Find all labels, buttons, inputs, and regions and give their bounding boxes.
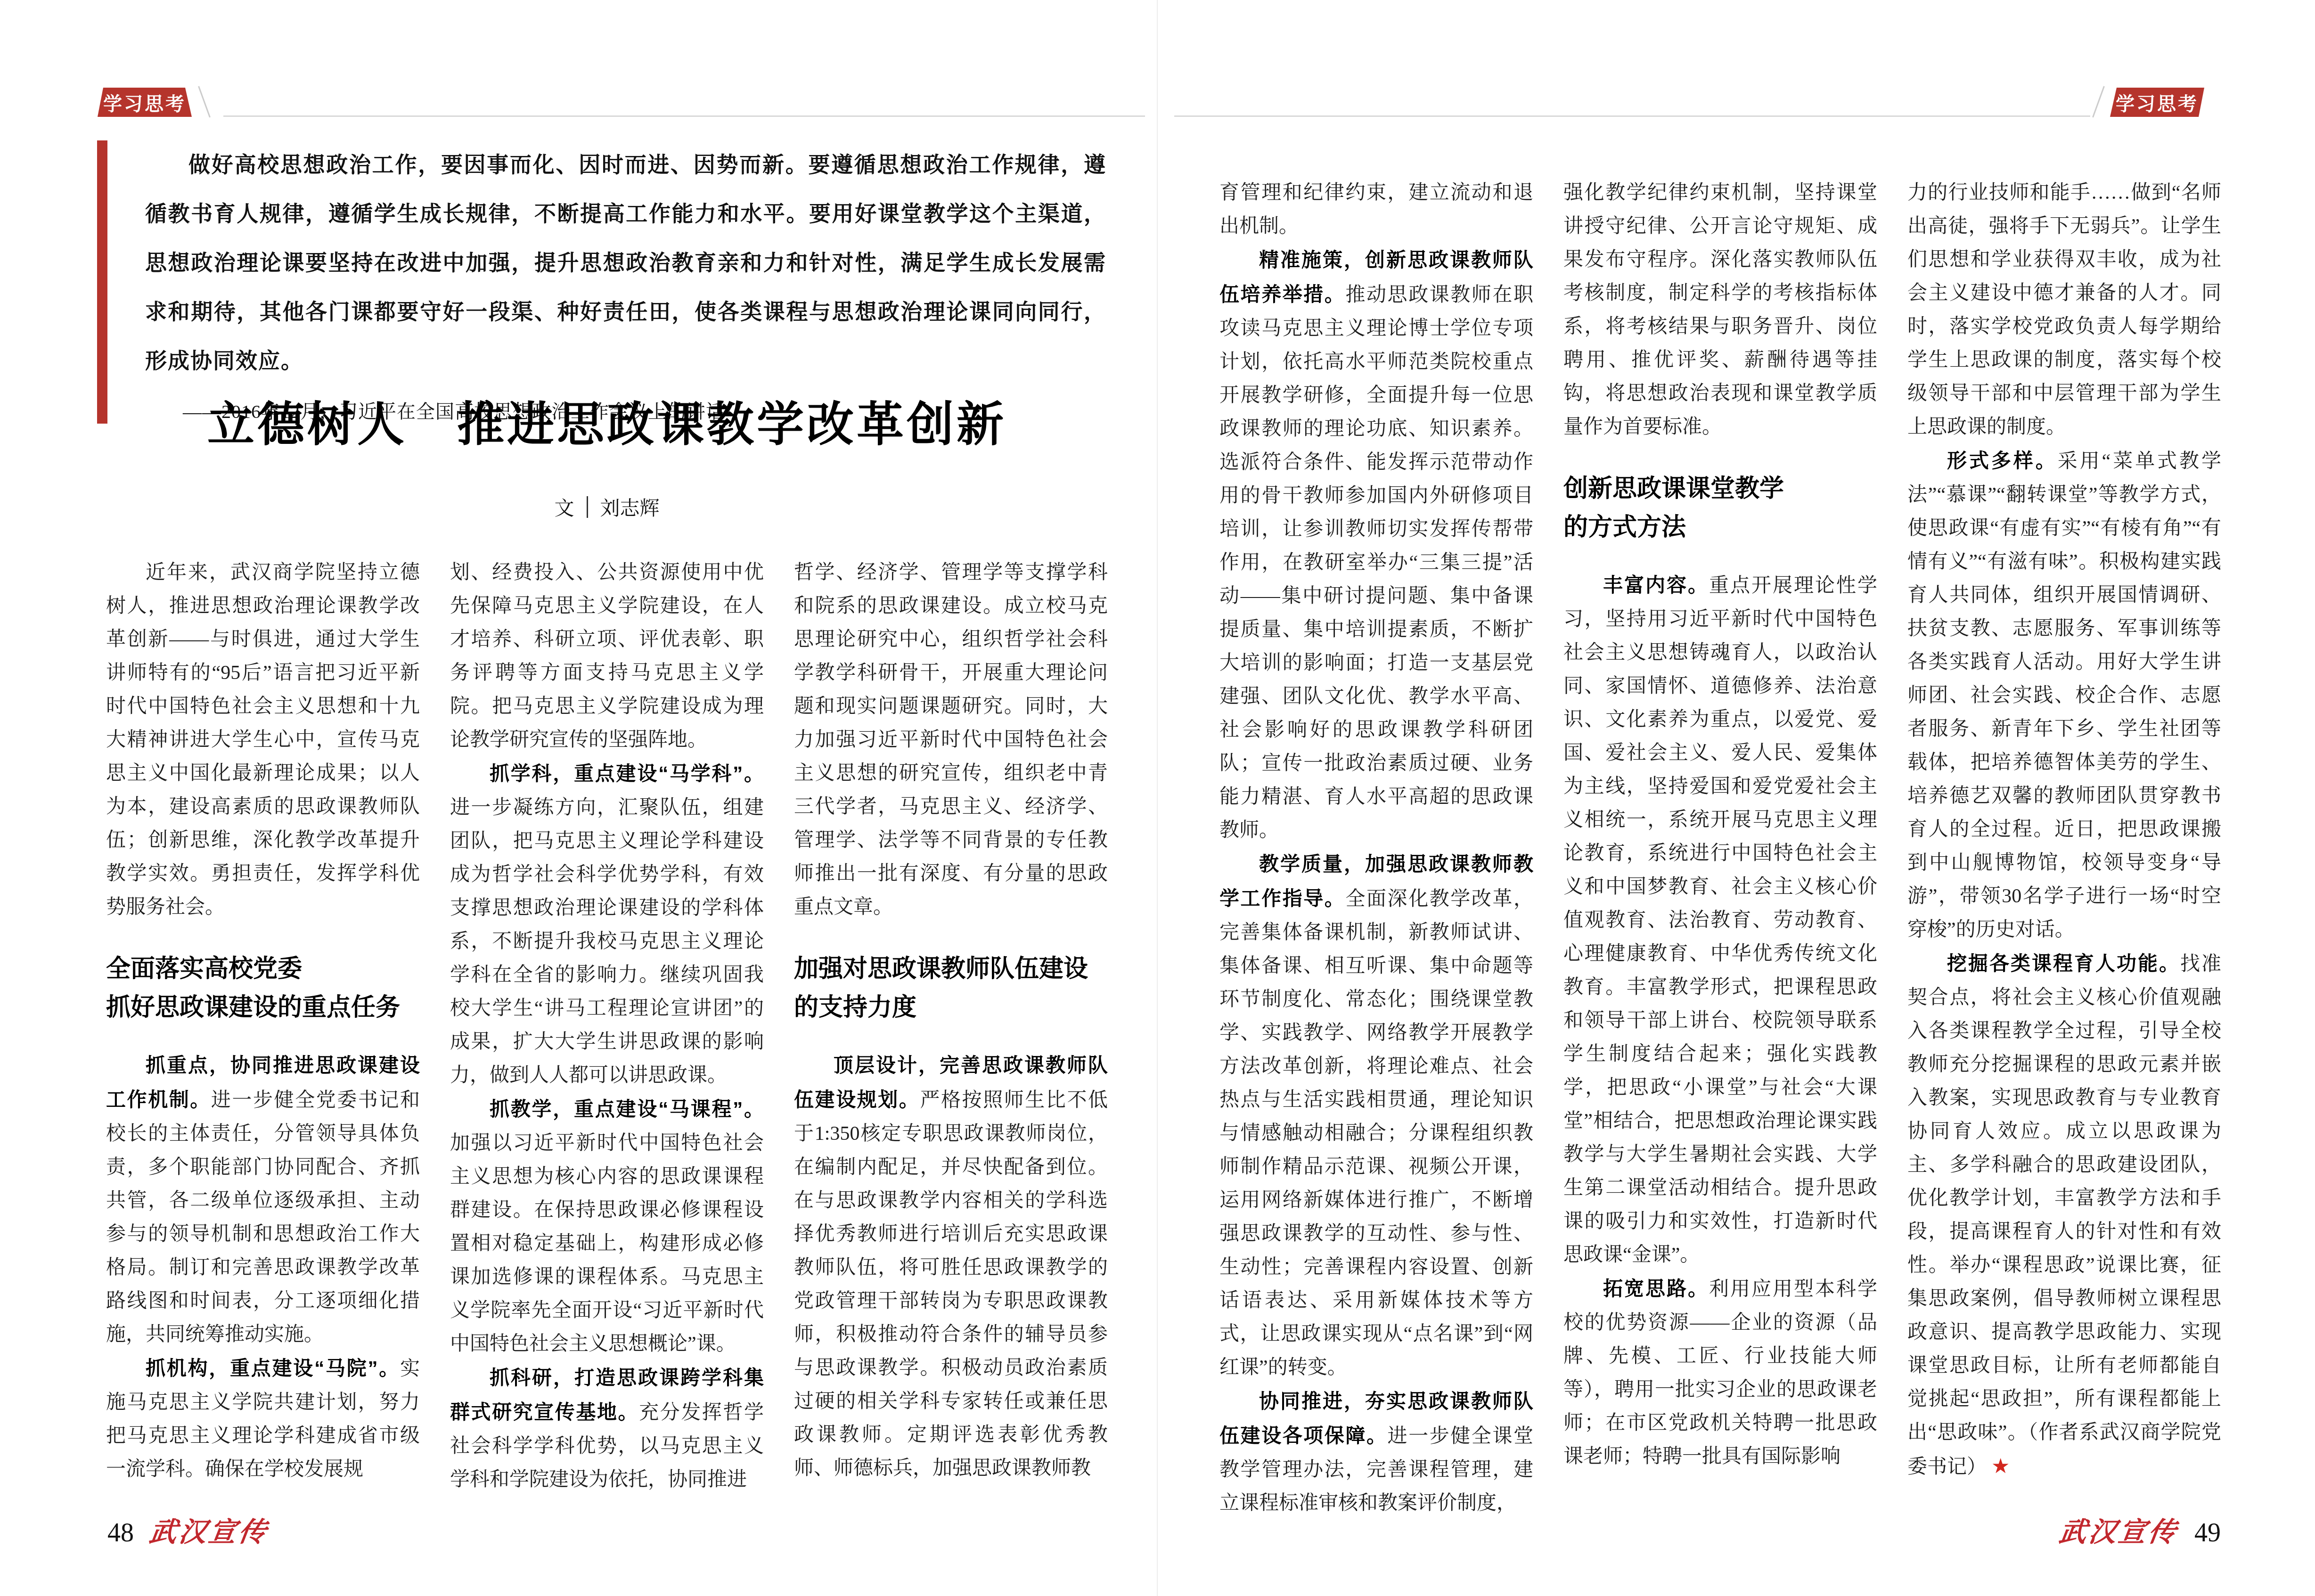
magazine-logo: 武汉宣传 (147, 1510, 271, 1549)
quote-text: 做好高校思想政治工作，要因事而化、因时而进、因势而新。要遵循思想政治工作规律，遵… (145, 140, 1106, 385)
section-heading-line: 全面落实高校党委 (106, 949, 420, 988)
paragraph-lead: 精准施策，创新思政课教师队伍培养举措。 (1219, 249, 1533, 305)
paragraph: 精准施策，创新思政课教师队伍培养举措。推动思政课教师在职攻读马克思主义理论博士学… (1219, 243, 1533, 847)
section-heading-line: 的方式方法 (1563, 508, 1877, 547)
author-note: （作者系武汉商学院党委书记） (1907, 1422, 2221, 1478)
paragraph: 抓科研，打造思政课跨学科集群式研究宣传基地。充分发挥哲学社会科学学科优势，以马克… (450, 1361, 764, 1497)
paragraph: 育管理和纪律约束，建立流动和退出机制。 (1219, 176, 1533, 243)
paragraph: 抓学科，重点建设“马学科”。进一步凝练方向，汇聚队伍，组建团队，把马克思主义理论… (450, 757, 764, 1092)
paragraph-lead: 顶层设计，完善思政课教师队伍建设规划。 (794, 1054, 1108, 1111)
section-badge-label: 学习思考 (103, 89, 186, 116)
text-column-left-3: 哲学、经济学、管理学等支撑学科和院系的思政课建设。成立校马克思理论研究中心，组织… (794, 556, 1108, 1513)
section-badge-label: 学习思考 (2116, 89, 2199, 116)
paragraph: 哲学、经济学、管理学等支撑学科和院系的思政课建设。成立校马克思理论研究中心，组织… (794, 556, 1108, 924)
magazine-logo: 武汉宣传 (2057, 1510, 2181, 1549)
paragraph: 力的行业技师和能手……做到“名师出高徒，强将手下无弱兵”。让学生们思想和学业获得… (1907, 176, 2221, 444)
text-column-right-2: 强化教学纪律约束机制，坚持课堂讲授守纪律、公开言论守规矩、成果发布守程序。深化落… (1563, 176, 1877, 1518)
paragraph-lead: 形式多样。 (1947, 450, 2058, 472)
text-column-left-1: 近年来，武汉商学院坚持立德树人，推进思想政治理论课教学改革创新——与时俱进，通过… (106, 556, 420, 1513)
paragraph: 抓教学，重点建设“马课程”。加强以习近平新时代中国特色社会主义思想为核心内容的思… (450, 1092, 764, 1361)
section-badge-left: 学习思考 (98, 88, 192, 117)
header-diagonal-right (2092, 86, 2105, 118)
paragraph: 拓宽思路。利用应用型本科学校的优势资源——企业的资源（品牌、先模、工匠、行业技能… (1563, 1272, 1877, 1473)
paragraph: 划、经费投入、公共资源使用中优先保障马克思主义学院建设，在人才培养、科研立项、评… (450, 556, 764, 757)
paragraph: 近年来，武汉商学院坚持立德树人，推进思想政治理论课教学改革创新——与时俱进，通过… (106, 556, 420, 924)
header-rule-left (223, 115, 1145, 117)
paragraph: 挖掘各类课程育人功能。找准契合点，将社会主义核心价值观融入各类课程教学全过程，引… (1907, 947, 2221, 1484)
page-number-left: 48 (107, 1518, 134, 1548)
section-heading: 全面落实高校党委抓好思政课建设的重点任务 (106, 949, 420, 1027)
paragraph-lead: 丰富内容。 (1603, 574, 1709, 596)
section-heading: 创新思政课课堂教学的方式方法 (1563, 469, 1877, 547)
text-column-left-2: 划、经费投入、公共资源使用中优先保障马克思主义学院建设，在人才培养、科研立项、评… (450, 556, 764, 1513)
paragraph: 教学质量，加强思政课教师教学工作指导。全面深化教学改革，完善集体备课机制，新教师… (1219, 847, 1533, 1384)
paragraph: 强化教学纪律约束机制，坚持课堂讲授守纪律、公开言论守规矩、成果发布守程序。深化落… (1563, 176, 1877, 444)
paragraph-lead: 拓宽思路。 (1603, 1277, 1709, 1300)
byline-divider (587, 496, 588, 518)
paragraph: 协同推进，夯实思政课教师队伍建设各项保障。进一步健全课堂教学管理办法，完善课程管… (1219, 1384, 1533, 1518)
header-rule-right (1174, 115, 2090, 117)
footer-left: 48 武汉宣传 (107, 1510, 269, 1549)
paragraph: 抓机构，重点建设“马院”。实施马克思主义学院共建计划，努力把马克思主义理论学科建… (106, 1351, 420, 1486)
text-column-right-1: 育管理和纪律约束，建立流动和退出机制。精准施策，创新思政课教师队伍培养举措。推动… (1219, 176, 1533, 1518)
page-gutter-divider (1157, 0, 1158, 1596)
section-heading: 加强对思政课教师队伍建设的支持力度 (794, 949, 1108, 1027)
section-badge-right: 学习思考 (2110, 88, 2204, 117)
end-star-icon: ★ (1987, 1454, 2010, 1478)
author-name: 刘志辉 (600, 493, 660, 521)
section-heading-line: 的支持力度 (794, 988, 1108, 1027)
paragraph: 丰富内容。重点开展理论性学习，坚持用习近平新时代中国特色社会主义思想铸魂育人，以… (1563, 568, 1877, 1272)
paragraph-lead: 抓重点，协同推进思政课建设工作机制。 (106, 1054, 420, 1111)
paragraph-lead: 教学质量，加强思政课教师教学工作指导。 (1219, 853, 1533, 909)
footer-right: 武汉宣传 49 (2060, 1510, 2221, 1549)
pull-quote: 做好高校思想政治工作，要因事而化、因时而进、因势而新。要遵循思想政治工作规律，遵… (97, 140, 1109, 424)
page-number-right: 49 (2194, 1518, 2221, 1548)
section-heading-line: 抓好思政课建设的重点任务 (106, 988, 420, 1027)
paragraph: 抓重点，协同推进思政课建设工作机制。进一步健全党委书记和校长的主体责任，分管领导… (106, 1048, 420, 1351)
paragraph-lead: 挖掘各类课程育人功能。 (1947, 952, 2180, 974)
paragraph-lead: 抓教学，重点建设“马课程”。 (490, 1098, 764, 1120)
paragraph-lead: 协同推进，夯实思政课教师队伍建设各项保障。 (1219, 1390, 1533, 1447)
paragraph: 顶层设计，完善思政课教师队伍建设规划。严格按照师生比不低于1:350核定专职思政… (794, 1048, 1108, 1485)
article-title: 立德树人 推进思政课教学改革创新 (106, 386, 1108, 454)
paragraph: 形式多样。采用“菜单式教学法”“慕课”“翻转课堂”等教学方式，使思政课“有虚有实… (1907, 444, 2221, 947)
byline-prefix: 文 (554, 493, 574, 521)
paragraph-lead: 抓科研，打造思政课跨学科集群式研究宣传基地。 (450, 1367, 764, 1423)
text-column-right-3: 力的行业技师和能手……做到“名师出高徒，强将手下无弱兵”。让学生们思想和学业获得… (1907, 176, 2221, 1518)
section-heading-line: 创新思政课课堂教学 (1563, 469, 1877, 508)
header-diagonal-left (198, 86, 211, 118)
paragraph-lead: 抓机构，重点建设“马院”。 (146, 1357, 400, 1379)
paragraph-lead: 抓学科，重点建设“马学科”。 (490, 762, 764, 785)
section-heading-line: 加强对思政课教师队伍建设 (794, 949, 1108, 988)
byline: 文 刘志辉 (106, 493, 1108, 521)
